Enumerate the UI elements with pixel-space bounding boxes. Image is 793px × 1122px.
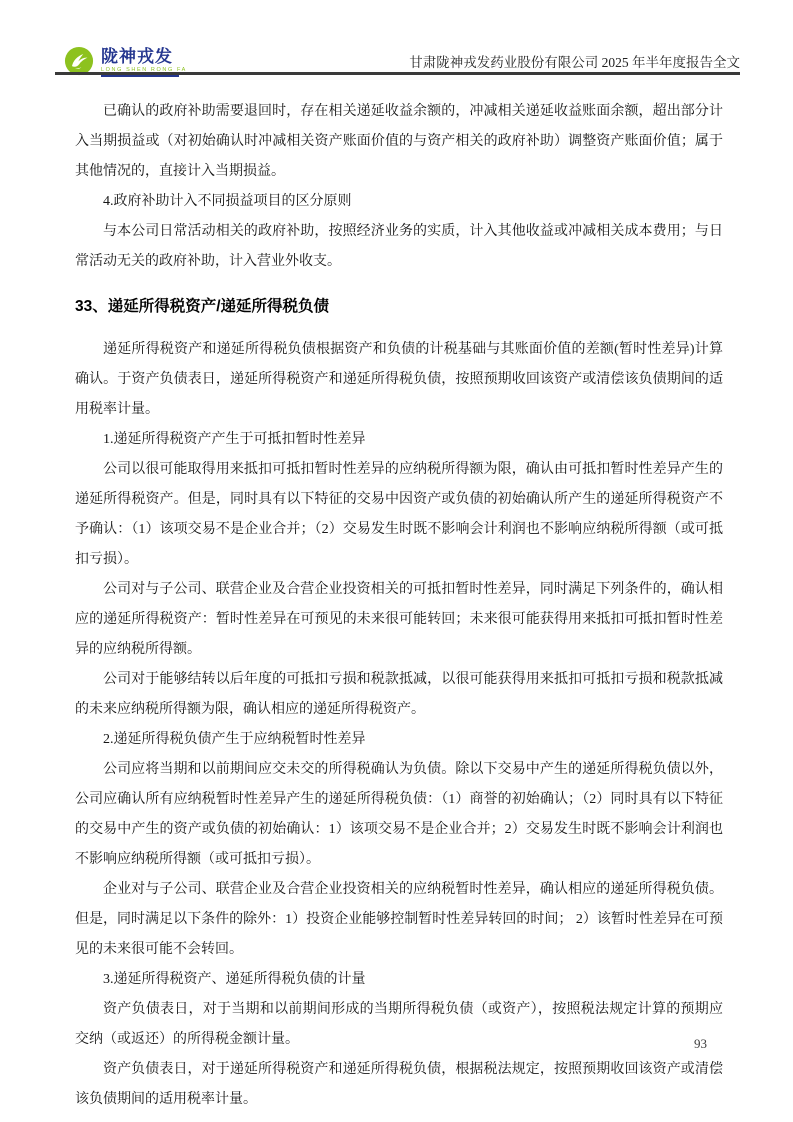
paragraph: 资产负债表日，对于递延所得税资产和递延所得税负债，根据税法规定，按照预期收回该资… <box>75 1055 723 1115</box>
paragraph: 递延所得税资产和递延所得税负债根据资产和负债的计税基础与其账面价值的差额(暂时性… <box>75 335 723 425</box>
paragraph: 已确认的政府补助需要退回时，存在相关递延收益余额的，冲减相关递延收益账面余额，超… <box>75 97 723 187</box>
paragraph: 与本公司日常活动相关的政府补助，按照经济业务的实质，计入其他收益或冲减相关成本费… <box>75 217 723 277</box>
paragraph: 1.递延所得税资产产生于可抵扣暂时性差异 <box>75 425 723 455</box>
brand-name-cn: 陇神戎发 <box>101 48 187 66</box>
section-heading: 33、递延所得税资产/递延所得税负债 <box>75 292 723 322</box>
paragraph: 公司以很可能取得用来抵扣可抵扣暂时性差异的应纳税所得额为限，确认由可抵扣暂时性差… <box>75 455 723 575</box>
header-divider <box>55 72 740 75</box>
paragraph: 4.政府补助计入不同损益项目的区分原则 <box>75 187 723 217</box>
paragraph: 企业对与子公司、联营企业及合营企业投资相关的应纳税暂时性差异，确认相应的递延所得… <box>75 875 723 965</box>
page-header: 陇神戎发 LONG SHEN RONG FA 甘肃陇神戎发药业股份有限公司 20… <box>55 0 740 76</box>
paragraph: 3.递延所得税资产、递延所得税负债的计量 <box>75 965 723 995</box>
page-number: 93 <box>694 1036 707 1052</box>
brand-underline <box>101 75 179 77</box>
document-title: 甘肃陇神戎发药业股份有限公司 2025 年半年度报告全文 <box>409 51 740 71</box>
paragraph: 资产负债表日，对于当期和以前期间形成的当期所得税负债（或资产），按照税法规定计算… <box>75 995 723 1055</box>
paragraph: 2.递延所得税负债产生于应纳税暂时性差异 <box>75 725 723 755</box>
report-page: 陇神戎发 LONG SHEN RONG FA 甘肃陇神戎发药业股份有限公司 20… <box>0 0 793 1122</box>
paragraph: 公司应将当期和以前期间应交未交的所得税确认为负债。除以下交易中产生的递延所得税负… <box>75 755 723 875</box>
paragraph: 公司对与子公司、联营企业及合营企业投资相关的可抵扣暂时性差异，同时满足下列条件的… <box>75 575 723 665</box>
paragraph: 公司对于能够结转以后年度的可抵扣亏损和税款抵减，以很可能获得用来抵扣可抵扣亏损和… <box>75 665 723 725</box>
document-body: 已确认的政府补助需要退回时，存在相关递延收益余额的，冲减相关递延收益账面余额，超… <box>75 97 723 1115</box>
